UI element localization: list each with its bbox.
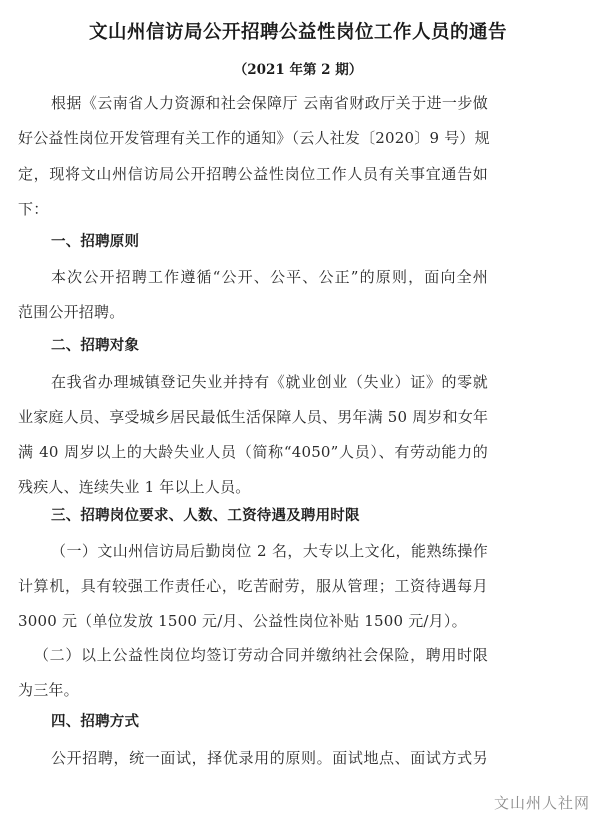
section-heading-method: 四、招聘方式 <box>51 712 596 732</box>
section-line: （二）以上公益性岗位均签订劳动合同并缴纳社会保险，聘用时限 <box>34 645 488 665</box>
intro-line: 好公益性岗位开发管理有关工作的通知》（云人社发〔2020〕9 号）规 <box>18 128 488 148</box>
section-line: 范围公开招聘。 <box>18 302 590 322</box>
intro-line: 定，现将文山州信访局公开招聘公益性岗位工作人员有关事宜通告如 <box>18 164 488 184</box>
section-line: 残疾人、连续失业 1 年以上人员。 <box>18 477 590 497</box>
section-heading-targets: 二、招聘对象 <box>51 336 596 356</box>
section-line: 为三年。 <box>18 680 590 700</box>
watermark: 文山州人社网 <box>494 792 590 813</box>
document-title: 文山州信访局公开招聘公益性岗位工作人员的通告 <box>0 18 596 44</box>
section-line: 满 40 周岁以上的大龄失业人员（简称“4050”人员）、有劳动能力的 <box>18 442 488 462</box>
section-line: 公开招聘，统一面试，择优录用的原则。面试地点、面试方式另 <box>51 748 488 768</box>
section-line: 3000 元（单位发放 1500 元/月、公益性岗位补贴 1500 元/月）。 <box>18 611 590 631</box>
document-subtitle: （2021 年第 2 期） <box>0 58 596 78</box>
section-line: （一）文山州信访局后勤岗位 2 名，大专以上文化，能熟练操作 <box>51 541 488 561</box>
intro-line: 下： <box>18 199 590 219</box>
section-line: 业家庭人员、享受城乡居民最低生活保障人员、男年满 50 周岁和女年 <box>18 407 488 427</box>
intro-line: 根据《云南省人力资源和社会保障厅 云南省财政厅关于进一步做 <box>51 93 488 113</box>
section-line: 本次公开招聘工作遵循“公开、公平、公正”的原则，面向全州 <box>51 267 488 287</box>
section-heading-requirements: 三、招聘岗位要求、人数、工资待遇及聘用时限 <box>51 506 596 526</box>
section-line: 计算机，具有较强工作责任心，吃苦耐劳，服从管理；工资待遇每月 <box>18 576 488 596</box>
section-line: 在我省办理城镇登记失业并持有《就业创业（失业）证》的零就 <box>51 372 488 392</box>
section-heading-principles: 一、招聘原则 <box>51 232 596 252</box>
